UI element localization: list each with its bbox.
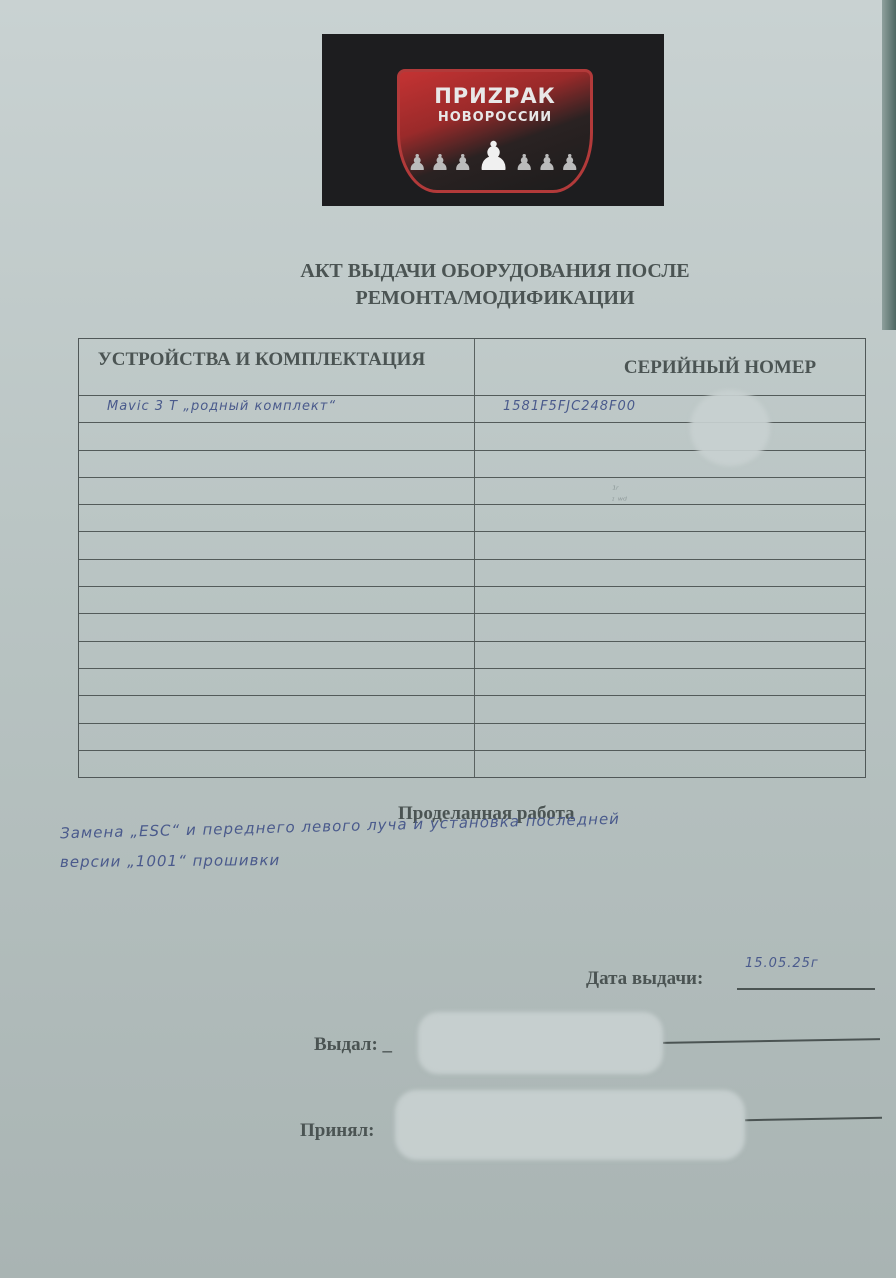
table-row [79, 642, 865, 669]
unit-emblem-icon: ПРИZРАК НОВОРОССИИ ♟♟♟♟♟♟♟ [397, 69, 593, 193]
serial-cell [475, 560, 865, 586]
serial-value: 1581F5FJC248F00 [503, 399, 636, 414]
device-cell [79, 751, 475, 777]
serial-cell [475, 478, 865, 504]
device-cell [79, 532, 475, 558]
table-row [79, 560, 865, 587]
redaction-received-by [395, 1090, 745, 1160]
date-underline [737, 988, 875, 990]
device-cell [79, 587, 475, 613]
work-description-line-2: версии „1001“ прошивки [60, 851, 280, 871]
serial-cell [475, 696, 865, 722]
work-description-line-1: Замена „ESC“ и переднего левого луча и у… [60, 810, 620, 843]
serial-cell: 1581F5FJC248F00 [475, 396, 865, 422]
background-edge [882, 0, 896, 330]
table-row [79, 587, 865, 614]
logo-line-1: ПРИZРАК [400, 84, 590, 108]
device-cell [79, 560, 475, 586]
table-row [79, 669, 865, 696]
table-header-row: УСТРОЙСТВА И КОМПЛЕКТАЦИЯ СЕРИЙНЫЙ НОМЕР [79, 339, 865, 396]
serial-cell [475, 451, 865, 477]
serial-cell [475, 724, 865, 750]
serial-cell [475, 423, 865, 449]
received-by-label: Принял: [300, 1120, 375, 1142]
device-cell [79, 478, 475, 504]
table-row [79, 505, 865, 532]
device-cell [79, 451, 475, 477]
issue-date-value: 15.05.25г [745, 956, 819, 971]
serial-cell [475, 505, 865, 531]
device-cell [79, 423, 475, 449]
device-cell [79, 505, 475, 531]
table-row [79, 724, 865, 751]
header-serial: СЕРИЙНЫЙ НОМЕР [475, 339, 865, 395]
device-cell [79, 614, 475, 640]
device-cell: Mavic 3 T „родный комплект“ [79, 396, 475, 422]
serial-cell [475, 614, 865, 640]
issue-date-label: Дата выдачи: [586, 968, 703, 990]
logo-banner: ПРИZРАК НОВОРОССИИ ♟♟♟♟♟♟♟ [322, 34, 664, 206]
header-devices: УСТРОЙСТВА И КОМПЛЕКТАЦИЯ [79, 339, 475, 395]
serial-cell [475, 587, 865, 613]
redaction-issued-by [418, 1012, 663, 1074]
serial-cell [475, 669, 865, 695]
device-cell [79, 669, 475, 695]
table-row [79, 751, 865, 777]
table-row [79, 478, 865, 505]
issued-signature-line [663, 1038, 880, 1043]
serial-cell [475, 751, 865, 777]
table-row [79, 696, 865, 723]
device-cell [79, 696, 475, 722]
device-cell [79, 724, 475, 750]
device-value: Mavic 3 T „родный комплект“ [107, 399, 336, 414]
serial-cell [475, 642, 865, 668]
issued-by-label: Выдал: _ [314, 1034, 392, 1056]
device-cell [79, 642, 475, 668]
faint-mark: ¹ʳᶦ ʷᵈ [612, 485, 627, 507]
document-title: АКТ ВЫДАЧИ ОБОРУДОВАНИЯ ПОСЛЕ РЕМОНТА/МО… [200, 258, 790, 312]
received-signature-line [745, 1117, 882, 1121]
silhouettes-icon: ♟♟♟♟♟♟♟ [400, 133, 590, 180]
redaction-serial [690, 390, 770, 466]
title-line-2: РЕМОНТА/МОДИФИКАЦИИ [200, 285, 790, 312]
title-line-1: АКТ ВЫДАЧИ ОБОРУДОВАНИЯ ПОСЛЕ [200, 258, 790, 285]
table-row [79, 614, 865, 641]
logo-line-2: НОВОРОССИИ [400, 110, 590, 125]
table-row [79, 532, 865, 559]
serial-cell [475, 532, 865, 558]
